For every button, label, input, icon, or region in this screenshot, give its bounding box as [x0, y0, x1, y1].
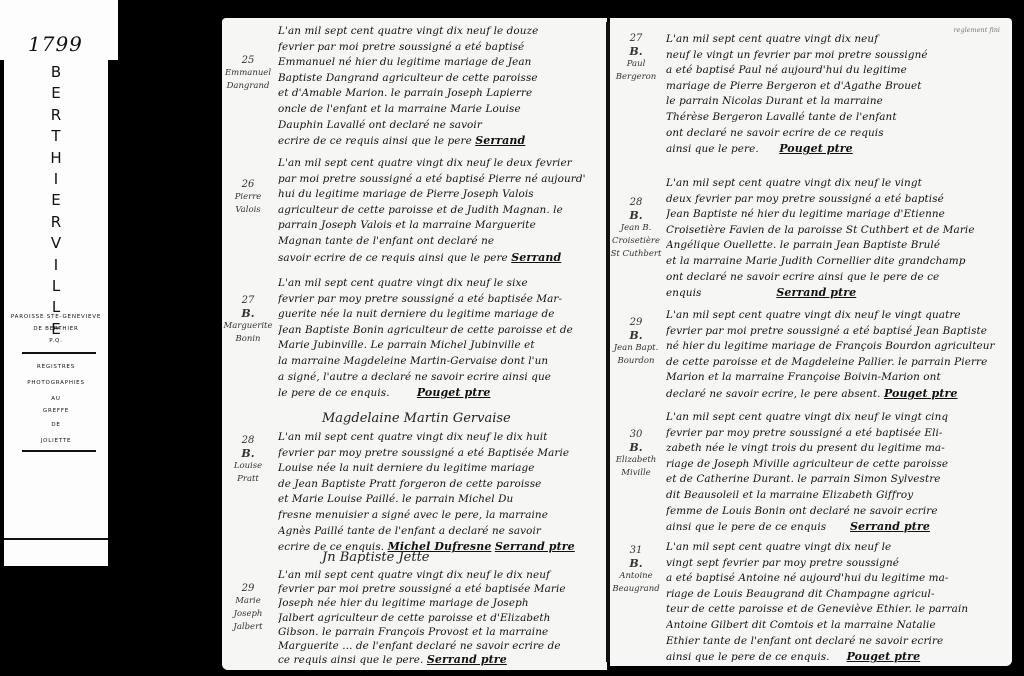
- text-line: Jean Baptiste né hier du legitime mariag…: [666, 207, 1006, 223]
- entry-type: B.: [610, 209, 662, 222]
- entry-name: Joseph: [234, 609, 263, 619]
- baptism-entry: 25 Emmanuel Dangrand L'an mil sept cent …: [222, 24, 607, 154]
- place-letter: R: [4, 212, 108, 233]
- entry-surname: Pratt: [237, 474, 259, 484]
- divider: [22, 352, 96, 354]
- place-name-vertical: B E R T H I E R V I L L E: [4, 62, 108, 340]
- baptism-entry: 30 B. Elizabeth Miville L'an mil sept ce…: [610, 410, 1012, 540]
- entry-surname: Jalbert: [233, 622, 262, 632]
- text-line: Antoine Gilbert dit Comtois et la marrai…: [666, 618, 1006, 634]
- entry-number: 28: [222, 434, 274, 447]
- text-line: et Marie Louise Paillé. le parrain Miche…: [278, 492, 603, 508]
- priest-signature: Serrand ptre: [495, 540, 575, 553]
- register-page-right: reglement fini 27 B. Paul Bergeron L'an …: [610, 18, 1012, 666]
- text-line: ainsi que le pere de ce enquis Serrand p…: [666, 519, 1006, 536]
- entry-margin: 25 Emmanuel Dangrand: [222, 54, 274, 93]
- source-line: AU: [4, 394, 108, 404]
- entry-name: Louise: [234, 461, 262, 471]
- text-line: dit Beausoleil et la marraine Elizabeth …: [666, 488, 1006, 504]
- text-line: Dauphin Lavallé ont declaré ne savoir: [278, 118, 603, 134]
- entry-text: L'an mil sept cent quatre vingt dix neuf…: [278, 430, 603, 556]
- entry-margin: 26 Pierre Valois: [222, 178, 274, 217]
- source-line: GREFFE: [4, 406, 108, 416]
- text-line: L'an mil sept cent quatre vingt dix neuf…: [666, 540, 1006, 556]
- text-line: Croisetière Favien de la paroisse St Cut…: [666, 223, 1006, 239]
- text-line: ainsi que le pere de ce enquis. Pouget p…: [666, 649, 1006, 666]
- entry-name: Jean Bapt.: [614, 343, 659, 353]
- text-line: fevrier par moi pretre soussigné a eté b…: [666, 324, 1006, 340]
- text-line: le parrain Nicolas Durant et la marraine: [666, 94, 1006, 110]
- entry-margin: 30 B. Elizabeth Miville: [610, 428, 662, 480]
- priest-signature: Serrand: [475, 134, 525, 147]
- entry-surname: Dangrand: [227, 81, 270, 91]
- entry-number: 25: [222, 54, 274, 67]
- entry-parish: St Cuthbert: [611, 249, 662, 259]
- place-letter: L: [4, 276, 108, 297]
- priest-signature: Serrand ptre: [850, 520, 930, 533]
- entry-type: B.: [222, 307, 274, 320]
- place-letter: E: [4, 190, 108, 211]
- place-letter: H: [4, 148, 108, 169]
- entry-name: Pierre: [235, 192, 262, 202]
- text-line: L'an mil sept cent quatre vingt dix neuf…: [278, 430, 603, 446]
- entry-surname: Bourdon: [618, 356, 655, 366]
- text-line: fevrier par moy pretre soussigné a eté B…: [278, 446, 603, 462]
- entry-surname: Valois: [235, 205, 260, 215]
- entry-type: B.: [610, 329, 662, 342]
- text-line: Marie Jubinville. Le parrain Michel Jubi…: [278, 338, 603, 354]
- entry-name: Marguerite: [223, 321, 272, 331]
- entry-surname: Beaugrand: [612, 584, 659, 594]
- text-line: et de Catherine Durant. le parrain Simon…: [666, 472, 1006, 488]
- source-line: REGISTRES: [4, 362, 108, 372]
- text-line: L'an mil sept cent quatre vingt dix neuf…: [278, 568, 603, 582]
- text-line: a signé, l'autre a declaré ne savoir ecr…: [278, 370, 603, 386]
- label-lower-box: [4, 538, 108, 566]
- entry-heading: Jn Baptiste Jette: [322, 550, 430, 565]
- text-line: guerite née la nuit derniere du legitime…: [278, 307, 603, 323]
- entry-type: B.: [222, 447, 274, 460]
- entry-surname: Bergeron: [616, 72, 656, 82]
- priest-signature: Serrand: [511, 251, 561, 264]
- text-line: Jalbert agriculteur de cette paroisse et…: [278, 611, 603, 625]
- entry-type: B.: [610, 45, 662, 58]
- text-line: L'an mil sept cent quatre vingt dix neuf…: [666, 176, 1006, 192]
- entry-number: 27: [610, 32, 662, 45]
- text-line: L'an mil sept cent quatre vingt dix neuf…: [278, 276, 603, 292]
- entry-number: 27: [222, 294, 274, 307]
- text-line: Emmanuel né hier du legitime mariage de …: [278, 55, 603, 71]
- priest-signature: Serrand ptre: [427, 653, 507, 666]
- entry-text: L'an mil sept cent quatre vingt dix neuf…: [666, 410, 1006, 536]
- entry-text: L'an mil sept cent quatre vingt dix neuf…: [666, 32, 1006, 158]
- text-line: le pere de ce enquis. Pouget ptre: [278, 385, 603, 402]
- text-line: Jean Baptiste Bonin agriculteur de cette…: [278, 323, 603, 339]
- text-line: fevrier par moi pretre soussigné a eté b…: [278, 40, 603, 56]
- entry-name: Marie: [235, 596, 261, 606]
- entry-text: L'an mil sept cent quatre vingt dix neuf…: [666, 176, 1006, 302]
- text-line: savoir ecrire de ce requis ainsi que le …: [278, 250, 603, 267]
- text-line: a eté baptisé Paul né aujourd'hui du leg…: [666, 63, 1006, 79]
- text-line: Angélique Ouellette. le parrain Jean Bap…: [666, 238, 1006, 254]
- baptism-entry: 28 B. Louise Pratt L'an mil sept cent qu…: [222, 430, 607, 560]
- place-letter: E: [4, 83, 108, 104]
- place-letter: T: [4, 126, 108, 147]
- entry-name: Jean B.: [621, 223, 652, 233]
- text-line: né hier du legitime mariage de François …: [666, 339, 1006, 355]
- text-line: L'an mil sept cent quatre vingt dix neuf…: [278, 156, 603, 172]
- text-line: parrain Joseph Valois et la marraine Mar…: [278, 218, 603, 234]
- text-line: Gibson. le parrain François Provost et l…: [278, 625, 603, 639]
- place-letter: R: [4, 105, 108, 126]
- baptism-entry: 27 B. Marguerite Bonin L'an mil sept cen…: [222, 276, 607, 406]
- priest-signature: Pouget ptre: [884, 387, 958, 400]
- entry-margin: 31 B. Antoine Beaugrand: [610, 544, 662, 596]
- text-line: Marguerite ... de l'enfant declaré ne sa…: [278, 639, 603, 653]
- text-line: L'an mil sept cent quatre vingt dix neuf…: [666, 410, 1006, 426]
- divider: [22, 450, 96, 452]
- baptism-entry: 27 B. Paul Bergeron L'an mil sept cent q…: [610, 32, 1012, 162]
- baptism-entry: 29 Marie Joseph Jalbert L'an mil sept ce…: [222, 568, 607, 668]
- place-letter: I: [4, 255, 108, 276]
- text-line: oncle de l'enfant et la marraine Marie L…: [278, 102, 603, 118]
- baptism-entry: 31 B. Antoine Beaugrand L'an mil sept ce…: [610, 540, 1012, 666]
- entry-number: 31: [610, 544, 662, 557]
- priest-signature: Serrand ptre: [776, 286, 856, 299]
- entry-text: L'an mil sept cent quatre vingt dix neuf…: [278, 276, 603, 402]
- register-page-left: 25 Emmanuel Dangrand L'an mil sept cent …: [222, 18, 607, 670]
- place-letter: B: [4, 62, 108, 83]
- text-line: L'an mil sept cent quatre vingt dix neuf…: [278, 24, 603, 40]
- text-line: riage de Louis Beaugrand dit Champagne a…: [666, 587, 1006, 603]
- register-year: 1799: [28, 32, 83, 56]
- text-line: fresne menuisier a signé avec le pere, l…: [278, 508, 603, 524]
- text-line: neuf le vingt un fevrier par moi pretre …: [666, 48, 1006, 64]
- entry-text: L'an mil sept cent quatre vingt dix neuf…: [278, 156, 603, 266]
- entry-type: B.: [610, 557, 662, 570]
- text-line: L'an mil sept cent quatre vingt dix neuf…: [666, 308, 1006, 324]
- text-line: par moi pretre soussigné a eté baptisé P…: [278, 172, 603, 188]
- text-line: L'an mil sept cent quatre vingt dix neuf: [666, 32, 1006, 48]
- text-line: vingt sept fevrier par moy pretre soussi…: [666, 556, 1006, 572]
- priest-signature: Pouget ptre: [847, 650, 921, 663]
- entry-margin: 27 B. Paul Bergeron: [610, 32, 662, 84]
- text-line: Marion et la marraine Françoise Boivin-M…: [666, 370, 1006, 386]
- text-line: ce requis ainsi que le pere. Serrand ptr…: [278, 653, 603, 667]
- text-line: Ethier tante de l'enfant ont declaré ne …: [666, 634, 1006, 650]
- place-letter: V: [4, 233, 108, 254]
- entry-number: 30: [610, 428, 662, 441]
- text-line: Baptiste Dangrand agriculteur de cette p…: [278, 71, 603, 87]
- text-line: de Jean Baptiste Pratt forgeron de cette…: [278, 477, 603, 493]
- entry-margin: 27 B. Marguerite Bonin: [222, 294, 274, 346]
- priest-signature: Pouget ptre: [779, 142, 853, 155]
- text-line: ont declaré ne savoir ecrire de ce requi…: [666, 126, 1006, 142]
- entry-name: Emmanuel: [225, 68, 271, 78]
- entry-surname: Croisetière: [612, 236, 660, 246]
- text-line: ainsi que le pere. Pouget ptre: [666, 141, 1006, 158]
- text-line: Magnan tante de l'enfant ont declaré ne: [278, 234, 603, 250]
- text-line: zabeth née le vingt trois du present du …: [666, 441, 1006, 457]
- text-line: a eté baptisé Antoine né aujourd'hui du …: [666, 571, 1006, 587]
- text-line: ecrire de ce requis ainsi que le pere Se…: [278, 133, 603, 150]
- archive-label-card: 1799 B E R T H I E R V I L L E PAROISSE …: [4, 0, 108, 566]
- entry-text: L'an mil sept cent quatre vingt dix neuf…: [666, 540, 1006, 666]
- parish-line: DE BERTHIER: [4, 324, 108, 334]
- entry-number: 28: [610, 196, 662, 209]
- text-line: fevrier par moi pretre soussigné a eté b…: [278, 582, 603, 596]
- baptism-entry: 26 Pierre Valois L'an mil sept cent quat…: [222, 156, 607, 271]
- entry-text: L'an mil sept cent quatre vingt dix neuf…: [278, 568, 603, 667]
- source-line: JOLIETTE: [4, 436, 108, 446]
- text-line: teur de cette paroisse et de Geneviève E…: [666, 602, 1006, 618]
- entry-name: Paul: [627, 59, 646, 69]
- entry-number: 26: [222, 178, 274, 191]
- text-line: et la marraine Marie Judith Cornellier d…: [666, 254, 1006, 270]
- priest-signature: Pouget ptre: [417, 386, 491, 399]
- text-line: Thérèse Bergeron Lavallé tante de l'enfa…: [666, 110, 1006, 126]
- entry-margin: 28 B. Jean B. Croisetière St Cuthbert: [610, 196, 662, 261]
- entry-surname: Miville: [621, 468, 650, 478]
- text-line: enquis Serrand ptre: [666, 285, 1006, 302]
- text-line: la marraine Magdeleine Martin-Gervaise d…: [278, 354, 603, 370]
- entry-type: B.: [610, 441, 662, 454]
- baptism-entry: 29 B. Jean Bapt. Bourdon L'an mil sept c…: [610, 308, 1012, 408]
- baptism-entry: 28 B. Jean B. Croisetière St Cuthbert L'…: [610, 176, 1012, 306]
- text-line: de cette paroisse et de Magdeleine Palli…: [666, 355, 1006, 371]
- source-line: DE: [4, 420, 108, 430]
- entry-text: L'an mil sept cent quatre vingt dix neuf…: [666, 308, 1006, 403]
- text-line: fevrier par moy pretre soussigné a eté b…: [278, 292, 603, 308]
- text-line: Agnès Paillé tante de l'enfant a declaré…: [278, 524, 603, 540]
- entry-number: 29: [222, 582, 274, 595]
- entry-surname: Bonin: [235, 334, 260, 344]
- text-line: femme de Louis Bonin ont declaré ne savo…: [666, 504, 1006, 520]
- text-line: riage de Joseph Miville agriculteur de c…: [666, 457, 1006, 473]
- source-line: PHOTOGRAPHIES: [4, 378, 108, 388]
- text-line: ont declaré ne savoir ecrire ainsi que l…: [666, 270, 1006, 286]
- entry-text: L'an mil sept cent quatre vingt dix neuf…: [278, 24, 603, 150]
- entry-heading: Magdelaine Martin Gervaise: [322, 411, 511, 426]
- text-line: deux fevrier par moy pretre soussigné a …: [666, 192, 1006, 208]
- entry-number: 29: [610, 316, 662, 329]
- text-line: Joseph née hier du legitime mariage de J…: [278, 596, 603, 610]
- text-line: mariage de Pierre Bergeron et d'Agathe B…: [666, 79, 1006, 95]
- entry-name: Elizabeth: [616, 455, 657, 465]
- entry-margin: 29 Marie Joseph Jalbert: [222, 582, 274, 634]
- entry-margin: 29 B. Jean Bapt. Bourdon: [610, 316, 662, 368]
- entry-margin: 28 B. Louise Pratt: [222, 434, 274, 486]
- text-line: hui du legitime mariage de Pierre Joseph…: [278, 187, 603, 203]
- text-line: fevrier par moy pretre soussigné a eté b…: [666, 426, 1006, 442]
- text-line: Louise née la nuit derniere du legitime …: [278, 461, 603, 477]
- parish-line: PAROISSE STE-GENEVIEVE: [4, 312, 108, 322]
- text-line: declaré ne savoir ecrire, le pere absent…: [666, 386, 1006, 403]
- parish-line: P.Q.: [4, 336, 108, 346]
- text-line: agriculteur de cette paroisse et de Judi…: [278, 203, 603, 219]
- text-line: et d'Amable Marion. le parrain Joseph La…: [278, 86, 603, 102]
- entry-name: Antoine: [619, 571, 652, 581]
- place-letter: I: [4, 169, 108, 190]
